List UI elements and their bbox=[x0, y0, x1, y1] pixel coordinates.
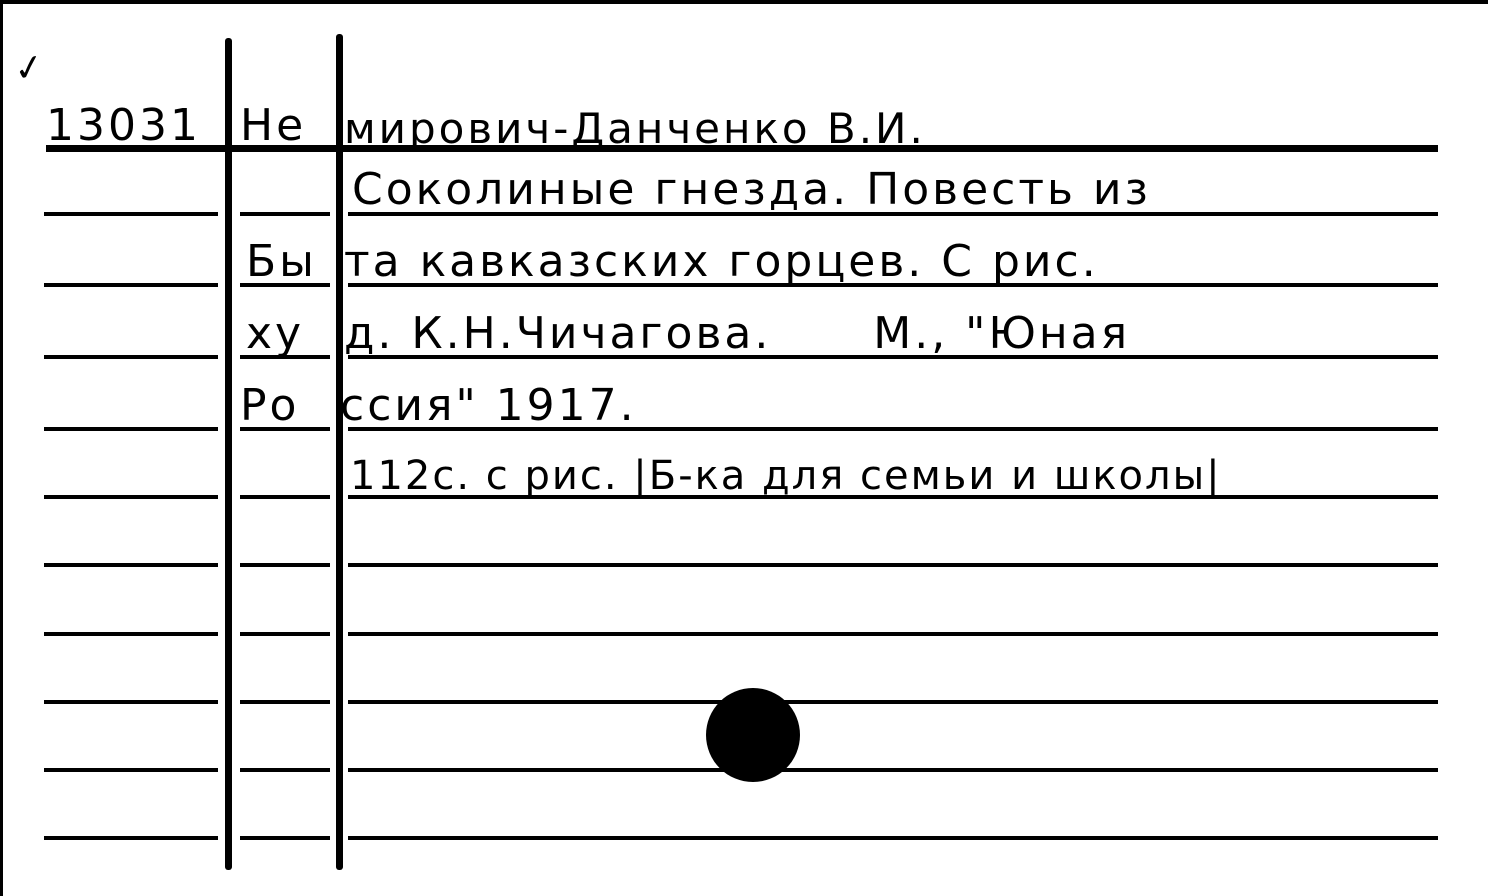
author-name: мирович-Данченко В.И. bbox=[344, 108, 926, 150]
ruled-line bbox=[44, 495, 218, 499]
punch-hole bbox=[706, 688, 800, 782]
ruled-line bbox=[240, 632, 330, 636]
ruled-line bbox=[240, 212, 330, 216]
check-mark: ✓ bbox=[11, 46, 48, 92]
card-edge-left bbox=[0, 0, 3, 896]
left-fragment-2: Бы bbox=[246, 240, 317, 284]
call-number: 13031 bbox=[46, 104, 201, 148]
ruled-line bbox=[44, 355, 218, 359]
card-edge-top bbox=[0, 0, 1488, 4]
ruled-line bbox=[44, 836, 218, 840]
ruled-line bbox=[240, 768, 330, 772]
title-line-3: д. К.Н.Чичагова. М., "Юная bbox=[344, 312, 1130, 356]
author-prefix: Не bbox=[240, 104, 306, 148]
title-line-2: та кавказских горцев. С рис. bbox=[344, 240, 1099, 284]
left-fragment-4: Ро bbox=[240, 384, 299, 428]
column-divider-1 bbox=[225, 38, 232, 870]
catalog-card: ✓ 13031 Не мирович-Данченко В.И. Соколин… bbox=[0, 0, 1488, 896]
ruled-line bbox=[44, 563, 218, 567]
left-fragment-3: ху bbox=[246, 312, 304, 356]
ruled-line bbox=[44, 700, 218, 704]
ruled-line bbox=[44, 427, 218, 431]
ruled-line bbox=[348, 632, 1438, 636]
ruled-line bbox=[348, 768, 1438, 772]
ruled-line bbox=[44, 632, 218, 636]
ruled-line bbox=[240, 563, 330, 567]
ruled-line bbox=[240, 836, 330, 840]
ruled-line bbox=[44, 768, 218, 772]
ruled-line bbox=[44, 283, 218, 287]
ruled-line bbox=[348, 700, 1438, 704]
ruled-line bbox=[44, 212, 218, 216]
title-line-4: ссия" 1917. bbox=[340, 384, 637, 428]
column-divider-2 bbox=[336, 34, 343, 870]
ruled-line bbox=[240, 495, 330, 499]
ruled-line bbox=[240, 700, 330, 704]
collation-line: 112с. с рис. |Б-ка для семьи и школы| bbox=[350, 456, 1222, 496]
title-line-1: Соколиные гнезда. Повесть из bbox=[352, 168, 1151, 212]
ruled-line bbox=[348, 563, 1438, 567]
ruled-line bbox=[348, 836, 1438, 840]
